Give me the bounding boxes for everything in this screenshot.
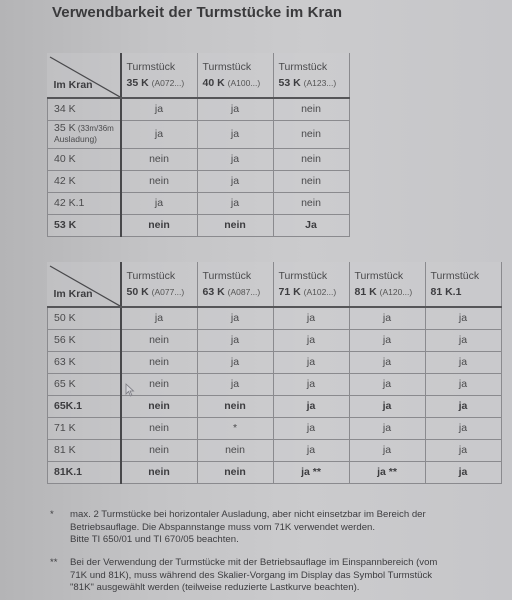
cell-value: ja [273, 351, 349, 373]
row-label: 40 K [48, 148, 121, 170]
cell-value: ja [273, 307, 349, 329]
row-label: 63 K [48, 351, 121, 373]
cell-value: nein [273, 148, 349, 170]
cell-value: nein [121, 148, 198, 170]
cell-value: nein [197, 439, 273, 461]
table-row: 53 KneinneinJa [48, 214, 350, 236]
cell-value: ja ** [273, 461, 349, 483]
row-label: 50 K [48, 307, 121, 329]
row-label: 42 K [48, 170, 121, 192]
corner-header: Im Kran [48, 53, 121, 98]
cell-value: ja [273, 329, 349, 351]
cell-value: ja [273, 417, 349, 439]
row-label: 81 K [48, 439, 121, 461]
table-row: 34 Kjajanein [48, 98, 350, 120]
row-label: 71 K [48, 417, 121, 439]
footnote-marker: * [50, 509, 54, 522]
column-header: Turmstück40 K (A100...) [197, 53, 273, 98]
cell-value: ja [349, 417, 425, 439]
cell-value: nein [121, 395, 198, 417]
cell-value: nein [121, 214, 198, 236]
corner-label: Im Kran [54, 79, 93, 91]
mouse-cursor-icon [125, 383, 135, 397]
cell-value: ja ** [349, 461, 425, 483]
cell-value: nein [121, 439, 198, 461]
cell-value: ja [349, 307, 425, 329]
cell-value: ja [349, 329, 425, 351]
cell-value: ja [349, 439, 425, 461]
cell-value: nein [273, 98, 349, 120]
cell-value: ja [197, 373, 273, 395]
cell-value: * [197, 417, 273, 439]
row-label: 34 K [48, 98, 121, 120]
cell-value: ja [121, 120, 198, 148]
row-label: 42 K.1 [48, 192, 121, 214]
cell-value: ja [197, 307, 273, 329]
cell-value: ja [197, 351, 273, 373]
cell-value: ja [273, 373, 349, 395]
cell-value: ja [349, 351, 425, 373]
footnote-text: max. 2 Turmstücke bei horizontaler Ausla… [70, 509, 480, 547]
cell-value: nein [197, 395, 273, 417]
row-label: 81K.1 [48, 461, 121, 483]
column-header: Turmstück50 K (A077...) [121, 262, 198, 307]
column-header: Turmstück81 K (A120...) [349, 262, 425, 307]
cell-value: nein [121, 417, 198, 439]
cell-value: ja [121, 192, 198, 214]
compatibility-table-2: Im KranTurmstück50 K (A077...)Turmstück6… [47, 262, 502, 484]
cell-value: ja [273, 439, 349, 461]
cell-value: nein [121, 170, 198, 192]
cell-value: ja [273, 395, 349, 417]
cell-value: ja [197, 148, 273, 170]
row-label: 65 K [48, 373, 121, 395]
cell-value: nein [273, 120, 349, 148]
cell-value: nein [121, 351, 198, 373]
cell-value: ja [425, 395, 501, 417]
cell-value: ja [425, 439, 501, 461]
footnote-double-star: **Bei der Verwendung der Turmstücke mit … [50, 557, 480, 595]
table-row: 56 Kneinjajajaja [48, 329, 502, 351]
table-row: 81K.1neinneinja **ja **ja [48, 461, 502, 483]
cell-value: ja [349, 395, 425, 417]
cell-value: ja [425, 461, 501, 483]
column-header: Turmstück53 K (A123...) [273, 53, 349, 98]
cell-value: ja [121, 98, 198, 120]
footnote-marker: ** [50, 557, 57, 570]
footnote-single-star: *max. 2 Turmstücke bei horizontaler Ausl… [50, 509, 480, 547]
table-row: 35 K (33m/36mAusladung)jajanein [48, 120, 350, 148]
table-row: 65 Kneinjajajaja [48, 373, 502, 395]
cell-value: nein [273, 192, 349, 214]
corner-header: Im Kran [48, 262, 121, 307]
cell-value: ja [425, 351, 501, 373]
corner-label: Im Kran [54, 288, 93, 300]
table-row: 50 Kjajajajaja [48, 307, 502, 329]
cell-value: ja [197, 329, 273, 351]
cell-value: ja [197, 192, 273, 214]
column-header: Turmstück63 K (A087...) [197, 262, 273, 307]
document-title: Verwendbarkeit der Turmstücke im Kran [52, 4, 342, 21]
cell-value: nein [273, 170, 349, 192]
cell-value: nein [121, 461, 198, 483]
row-label: 53 K [48, 214, 121, 236]
column-header: Turmstück35 K (A072...) [121, 53, 198, 98]
cell-value: Ja [273, 214, 349, 236]
table-row: 42 Kneinjanein [48, 170, 350, 192]
cell-value: nein [121, 329, 198, 351]
compatibility-table-1: Im KranTurmstück35 K (A072...)Turmstück4… [47, 53, 350, 237]
cell-value: ja [121, 307, 198, 329]
cell-value: nein [197, 461, 273, 483]
column-header: Turmstück71 K (A102...) [273, 262, 349, 307]
row-label: 35 K (33m/36mAusladung) [48, 120, 121, 148]
cell-value: ja [425, 307, 501, 329]
cell-value: nein [197, 214, 273, 236]
table-row: 63 Kneinjajajaja [48, 351, 502, 373]
cell-value: ja [425, 417, 501, 439]
cell-value: ja [197, 98, 273, 120]
table-row: 42 K.1jajanein [48, 192, 350, 214]
table-row: 81 Kneinneinjajaja [48, 439, 502, 461]
cell-value: ja [425, 329, 501, 351]
row-label: 65K.1 [48, 395, 121, 417]
cell-value: ja [349, 373, 425, 395]
cell-value: ja [425, 373, 501, 395]
row-label: 56 K [48, 329, 121, 351]
cell-value: ja [197, 120, 273, 148]
cell-value: ja [197, 170, 273, 192]
table-row: 71 Knein*jajaja [48, 417, 502, 439]
table-row: 65K.1neinneinjajaja [48, 395, 502, 417]
table-row: 40 Kneinjanein [48, 148, 350, 170]
column-header: Turmstück81 K.1 [425, 262, 501, 307]
footnote-text: Bei der Verwendung der Turmstücke mit de… [70, 557, 480, 595]
